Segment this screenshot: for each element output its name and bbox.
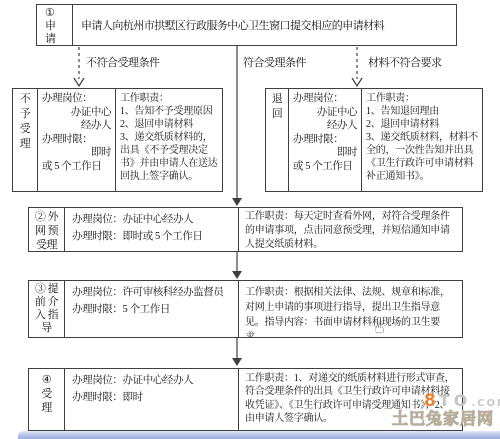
reject-label-line: 理	[13, 137, 37, 152]
step2-post: 办理岗位：办证中心经办人	[72, 211, 238, 228]
reject-label-line: 予	[13, 107, 37, 122]
step3-number-label: ③ 提 前 介 入 指 导	[29, 281, 64, 337]
step4-time: 办理时限：即时	[72, 389, 238, 406]
return-duty-line: 2、退回申请材料	[366, 118, 479, 131]
watermark-site-name: 土巴兔家居网	[392, 406, 494, 429]
step2-label-line: 受理	[29, 238, 64, 251]
reject-duty-line: 工作职责：	[120, 92, 219, 105]
return-post-title: 办理岗位：	[293, 92, 357, 106]
step3-post-column: 办理岗位：许可审核科经办监督员 办理时限：5 个工作日	[64, 281, 238, 337]
step2-label-line: ② 外	[29, 210, 64, 224]
arrowhead-step4-icon	[232, 358, 242, 366]
return-label-line: 退	[266, 92, 288, 107]
reject-post-value: 经办人	[42, 119, 111, 133]
step4-post-column: 办理岗位：办证中心经办人 办理时限：即时	[64, 369, 238, 430]
step4-label-line: 理	[29, 401, 64, 415]
step3-label-line: 导	[29, 322, 64, 335]
step3-label-line: 入 指	[29, 309, 64, 322]
return-time-value: 即时	[293, 146, 357, 160]
step2-time: 办理时限：即时或 5 个工作日	[72, 228, 238, 245]
reject-box: 不 予 受 理 办理岗位： 办证中心 经办人 办理时限： 即时 或 5 个工作日…	[12, 88, 223, 192]
return-box-label: 退 回	[266, 89, 288, 191]
step3-time: 办理时限：5 个工作日	[72, 301, 238, 318]
reject-duty-line: 3、递交纸质材料的，出具《不予受理决定书》并由申请人在送达回执上签字确认。	[120, 131, 219, 183]
step2-label-line: 网 预	[29, 224, 64, 238]
step3-duty-column: 工作职责：根据相关法律、法规、规章和标准，对网上申请的事项进行指导，提出卫生指导…	[238, 281, 462, 337]
reject-time-value: 或 5 个工作日	[42, 160, 111, 174]
branch-label-material-incomplete: 材料不符合要求	[368, 57, 442, 70]
reject-post-column: 办理岗位： 办证中心 经办人 办理时限： 即时 或 5 个工作日	[37, 89, 115, 191]
reject-time-title: 办理时限：	[42, 133, 111, 147]
reject-label-line: 不	[13, 92, 37, 107]
return-post-column: 办理岗位： 办证中心 经办人 办理时限： 即时 或 5 个工作日	[288, 89, 361, 191]
arrowhead-step3-icon	[232, 271, 242, 279]
step4-post: 办理岗位：办证中心经办人	[72, 372, 238, 389]
return-time-title: 办理时限：	[293, 133, 357, 147]
reject-post-value: 办证中心	[42, 106, 111, 120]
step1-label-line: ①	[45, 7, 72, 20]
step2-number-label: ② 外 网 预 受理	[29, 208, 64, 251]
return-label-line: 回	[266, 107, 288, 122]
step3-label-line: ③ 提	[29, 283, 64, 296]
return-duty-column: 工作职责： 1、告知退回理由 2、退回申请材料 3、递交纸质材料，材料不全的，一…	[361, 89, 482, 191]
arrowhead-reject-icon	[74, 78, 84, 86]
arrowhead-supplement-icon	[352, 78, 362, 86]
step1-label-line: 请	[45, 33, 72, 45]
step1-box: ① 申 请 申请人向杭州市拱墅区行政服务中心卫生窗口提交相应的申请材料	[36, 4, 457, 46]
step1-label-line: 申	[45, 20, 72, 33]
step2-duty-column: 工作职责：每天定时查看外网，对符合受理条件的申请事项，点击同意预受理，并短信通知…	[238, 208, 462, 251]
reject-time-value: 即时	[42, 146, 111, 160]
step1-number-label: ① 申 请	[37, 5, 72, 45]
arrowhead-step2-icon	[232, 198, 242, 206]
step1-description: 申请人向杭州市拱墅区行政服务中心卫生窗口提交相应的申请材料	[72, 5, 456, 45]
reject-post-title: 办理岗位：	[42, 92, 111, 106]
approval-flowchart: ① 申 请 申请人向杭州市拱墅区行政服务中心卫生窗口提交相应的申请材料 不符合受…	[0, 0, 500, 439]
return-time-value: 或 5 个工作日	[293, 160, 357, 174]
step3-box: ③ 提 前 介 入 指 导 办理岗位：许可审核科经办监督员 办理时限：5 个工作…	[28, 280, 463, 338]
reject-duty-line: 2、退回申请材料	[120, 118, 219, 131]
reject-duty-line: 1、告知不予受理原因	[120, 105, 219, 118]
return-post-value: 办证中心	[293, 106, 357, 120]
step4-label-line: 受	[29, 387, 64, 401]
step2-post-column: 办理岗位：办证中心经办人 办理时限：即时或 5 个工作日	[64, 208, 238, 251]
branch-label-not-accepted: 不符合受理条件	[86, 57, 160, 70]
step2-box: ② 外 网 预 受理 办理岗位：办证中心经办人 办理时限：即时或 5 个工作日 …	[28, 207, 463, 252]
step4-label-line: ④	[29, 373, 64, 387]
step3-post: 办理岗位：许可审核科经办监督员	[72, 284, 238, 301]
return-duty-line: 工作职责：	[366, 92, 479, 105]
reject-duty-column: 工作职责： 1、告知不予受理原因 2、退回申请材料 3、递交纸质材料的，出具《不…	[115, 89, 222, 191]
return-box: 退 回 办理岗位： 办证中心 经办人 办理时限： 即时 或 5 个工作日 工作职…	[265, 88, 483, 192]
return-duty-line: 3、递交纸质材料，材料不全的，一次性告知并出具《卫生行政许可申请材料补正通知书》…	[366, 131, 479, 183]
return-post-value: 经办人	[293, 119, 357, 133]
step3-label-line: 前 介	[29, 296, 64, 309]
branch-label-accepted: 符合受理条件	[243, 57, 306, 70]
reject-box-label: 不 予 受 理	[13, 89, 37, 191]
bottom-strip	[18, 431, 500, 439]
step4-number-label: ④ 受 理	[29, 369, 64, 430]
reject-label-line: 受	[13, 122, 37, 137]
return-duty-line: 1、告知退回理由	[366, 105, 479, 118]
